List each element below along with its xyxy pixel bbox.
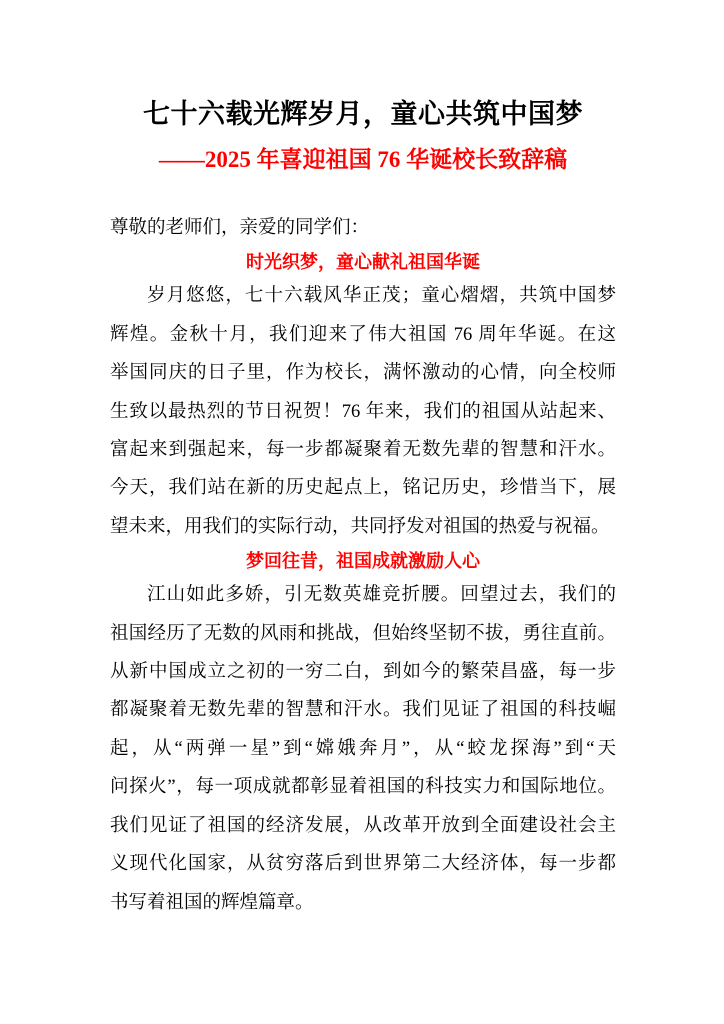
- section-heading: 时光织梦，童心献礼祖国华诞: [110, 247, 616, 277]
- paragraph: 江山如此多娇，引无数英雄竞折腰。回望过去，我们的祖国经历了无数的风雨和挑战，但始…: [110, 576, 616, 922]
- paragraph-line: 举国同庆的日子里，作为校长，满怀激动的心情，向全校师: [110, 354, 616, 392]
- paragraph-line: 今天，我们站在新的历史起点上，铭记历史，珍惜当下，展: [110, 469, 616, 507]
- paragraph-line: 祖国经历了无数的风雨和挑战，但始终坚韧不拔，勇往直前。: [110, 615, 616, 653]
- document-title: 七十六载光辉岁月，童心共筑中国梦: [110, 96, 616, 132]
- section-heading: 梦回往昔，祖国成就激励人心: [110, 546, 616, 576]
- paragraph-line: 辉煌。金秋十月，我们迎来了伟大祖国 76 周年华诞。在这: [110, 316, 616, 354]
- salutation-line: 尊敬的老师们，亲爱的同学们：: [110, 209, 616, 247]
- paragraph-line: 生致以最热烈的节日祝贺！76 年来，我们的祖国从站起来、: [110, 393, 616, 431]
- section-time-weaves-dreams: 时光织梦，童心献礼祖国华诞 岁月悠悠，七十六载风华正茂；童心熠熠，共筑中国梦辉煌…: [110, 247, 616, 546]
- paragraph-line: 我们见证了祖国的经济发展，从改革开放到全面建设社会主: [110, 807, 616, 845]
- paragraph: 岁月悠悠，七十六载风华正茂；童心熠熠，共筑中国梦辉煌。金秋十月，我们迎来了伟大祖…: [110, 277, 616, 546]
- paragraph-line: 望未来，用我们的实际行动，共同抒发对祖国的热爱与祝福。: [110, 508, 616, 546]
- paragraph-line: 书写着祖国的辉煌篇章。: [110, 884, 616, 922]
- paragraph-line: 起，从“两弹一星”到“嫦娥奔月”，从“蛟龙探海”到“天: [110, 730, 616, 768]
- section-dream-of-the-past: 梦回往昔，祖国成就激励人心 江山如此多娇，引无数英雄竞折腰。回望过去，我们的祖国…: [110, 546, 616, 922]
- document-body: 尊敬的老师们，亲爱的同学们： 时光织梦，童心献礼祖国华诞 岁月悠悠，七十六载风华…: [110, 209, 616, 922]
- paragraph-line: 江山如此多娇，引无数英雄竞折腰。回望过去，我们的: [110, 576, 616, 614]
- paragraph-line: 富起来到强起来，每一步都凝聚着无数先辈的智慧和汗水。: [110, 431, 616, 469]
- document-page: 七十六载光辉岁月，童心共筑中国梦 ——2025 年喜迎祖国 76 华诞校长致辞稿…: [0, 0, 724, 1024]
- paragraph-line: 问探火”，每一项成就都彰显着祖国的科技实力和国际地位。: [110, 768, 616, 806]
- paragraph-line: 都凝聚着无数先辈的智慧和汗水。我们见证了祖国的科技崛: [110, 691, 616, 729]
- paragraph-line: 从新中国成立之初的一穷二白，到如今的繁荣昌盛，每一步: [110, 653, 616, 691]
- document-subtitle: ——2025 年喜迎祖国 76 华诞校长致辞稿: [110, 144, 616, 176]
- paragraph-line: 岁月悠悠，七十六载风华正茂；童心熠熠，共筑中国梦: [110, 277, 616, 315]
- paragraph-line: 义现代化国家，从贫穷落后到世界第二大经济体，每一步都: [110, 845, 616, 883]
